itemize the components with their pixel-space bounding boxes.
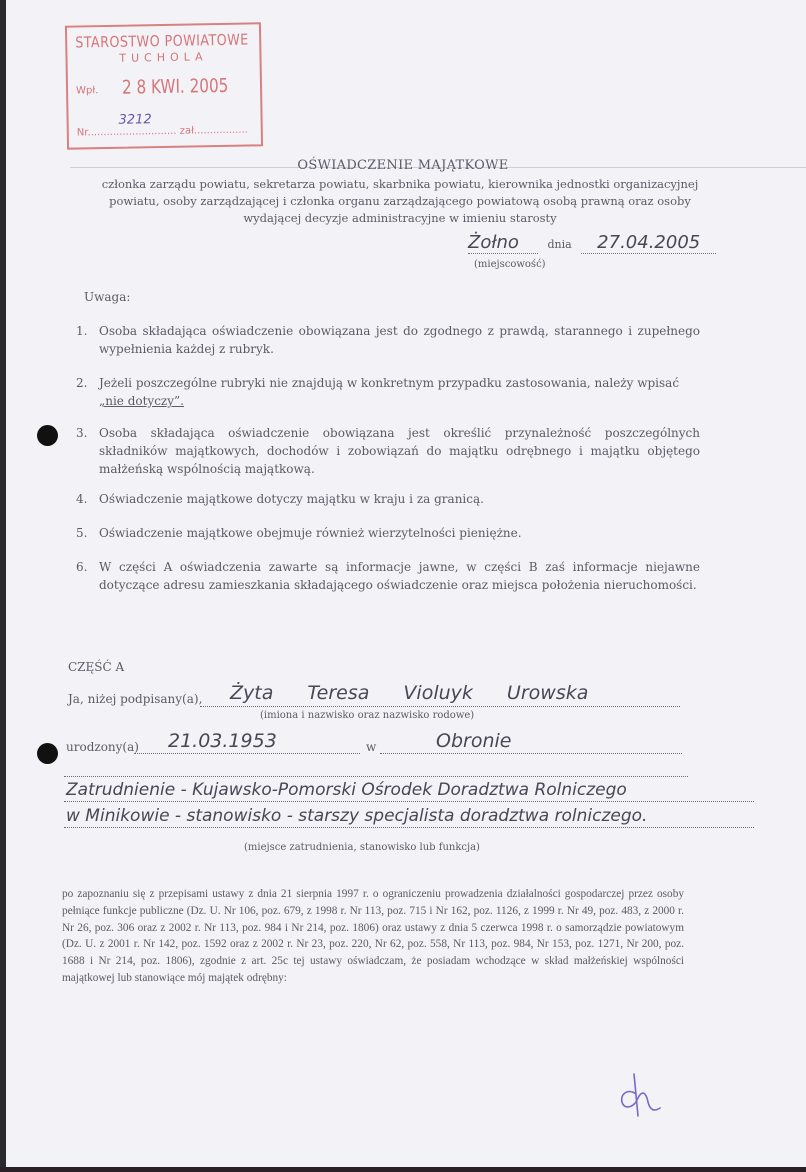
note-item: 3. Osoba składająca oświadczenie obowiąz… [76,424,700,478]
signature-initials [616,1072,664,1122]
nie-dotyczy-text: „nie dotyczy”. [99,394,184,408]
born-in-label: w [366,740,376,754]
scan-left-edge [0,0,6,1172]
legal-paragraph: po zapoznaniu się z przepisami ustawy z … [62,886,684,987]
name-line [200,706,680,707]
born-place: Obronie [436,730,511,752]
employment-line [64,827,754,828]
document-title: OŚWIADCZENIE MAJĄTKOWE [0,158,806,173]
employment-line [64,801,754,802]
born-label: urodzony(a) [66,740,139,754]
born-place-line [380,753,682,754]
part-a-heading: CZĘŚĆ A [68,660,124,674]
name-caption: (imiona i nazwisko oraz nazwisko rodowe) [260,710,474,721]
note-item: 1. Osoba składająca oświadczenie obowiąz… [76,322,700,358]
dnia-label: dnia [548,238,572,251]
note-item: 2. Jeżeli poszczególne rubryki nie znajd… [76,374,700,410]
employment-caption: (miejsce zatrudnienia, stanowisko lub fu… [244,842,480,853]
place-value: Żołno [468,232,538,254]
stamp-nr-label: Nr............................ zał......… [77,125,248,139]
place-date-row: Żołno dnia 27.04.2005 [468,232,748,254]
employment-line [64,776,688,777]
stamp-city: TUCHOLA [67,49,259,65]
note-item: 6. W części A oświadczenia zawarte są in… [76,558,700,594]
document-subtitle: członka zarządu powiatu, sekretarza powi… [100,176,700,227]
stamp-wpl-label: Wpł. [76,85,98,96]
born-date: 21.03.1953 [168,730,277,752]
name-label: Ja, niżej podpisany(a), [68,692,202,706]
note-item: 5. Oświadczenie majątkowe obejmuje równi… [76,524,700,542]
name-value: Żyta Teresa Violuyk Urowska [230,682,588,704]
employment-value-1: Zatrudnienie - Kujawsko-Pomorski Ośrodek… [66,780,627,800]
notes-heading: Uwaga: [84,290,130,304]
note-item: 4. Oświadczenie majątkowe dotyczy majątk… [76,490,700,508]
employment-value-2: w Minikowie - stanowisko - starszy specj… [66,806,647,826]
stamp-date: 2 8 KWI. 2005 [122,75,229,99]
registry-stamp: STAROSTWO POWIATOWE TUCHOLA Wpł. 2 8 KWI… [65,22,263,149]
stamp-office: STAROSTWO POWIATOWE [75,31,249,52]
place-caption: (miejscowość) [474,259,546,270]
date-value: 27.04.2005 [581,232,716,254]
binder-hole [37,743,58,764]
born-date-line [134,753,360,754]
binder-hole [37,425,58,446]
scan-bottom-edge [0,1167,806,1172]
